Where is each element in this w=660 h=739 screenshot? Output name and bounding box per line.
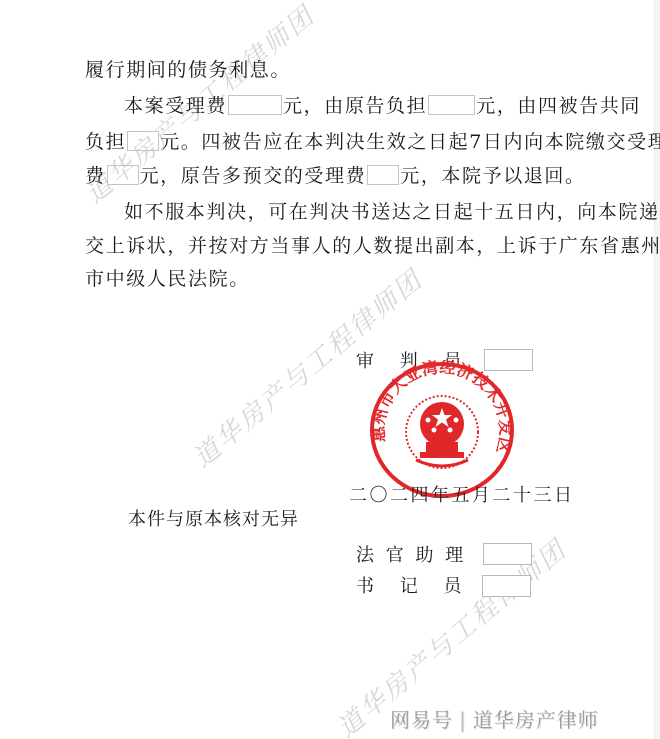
court-seal-icon: 惠州市大亚湾经济技术开发区人民法院	[368, 360, 516, 500]
text: 元。四被告应在本判决生效之日起7日内向本院缴交受理	[160, 131, 660, 153]
text-line-refund: 费元，原告多预交的受理费元，本院予以退回。	[85, 164, 586, 188]
judge-assistant-label: 法 官 助 理	[356, 545, 466, 567]
clerk-label: 书 记 员	[356, 576, 471, 598]
text: 交上诉状，并按对方当事人的人数提出副本，上诉于广东省惠州	[85, 235, 660, 257]
redacted-amount	[367, 165, 399, 185]
text: 负担	[85, 131, 126, 153]
text-line-appeal-2: 交上诉状，并按对方当事人的人数提出副本，上诉于广东省惠州	[85, 234, 660, 258]
text-line-appeal-3: 市中级人民法院。	[85, 267, 250, 291]
verified-note: 本件与原本核对无异	[128, 509, 299, 531]
text-line-appeal-1: 如不服本判决，可在判决书送达之日起十五日内，向本院递	[124, 200, 660, 224]
text-line-fee: 本案受理费元，由原告负担元，由四被告共同	[124, 94, 641, 118]
account-name: 道华房产律师	[473, 708, 599, 732]
text: 市中级人民法院。	[85, 268, 250, 290]
text-line-interest: 履行期间的债务利息。	[85, 58, 291, 82]
redacted-amount	[127, 131, 159, 151]
judgment-date: 二〇二四年五月二十三日	[349, 481, 575, 507]
text: 履行期间的债务利息。	[85, 59, 291, 81]
page-edge	[654, 0, 660, 739]
platform-name: 网易号	[390, 708, 453, 732]
text: 如不服本判决，可在判决书送达之日起十五日内，向本院递	[124, 201, 660, 223]
text: 元，本院予以退回。	[400, 165, 585, 187]
assistant-name-redacted	[483, 543, 532, 565]
text: 费	[85, 165, 106, 187]
text-line-defendant-fee: 负担元。四被告应在本判决生效之日起7日内向本院缴交受理	[85, 130, 660, 154]
redacted-amount	[228, 95, 282, 115]
text: 元，由原告负担	[283, 95, 427, 117]
redacted-amount	[107, 165, 139, 185]
text: 元，由四被告共同	[476, 95, 641, 117]
redacted-amount	[428, 95, 475, 115]
source-footer: 网易号|道华房产律师	[390, 704, 599, 733]
text: 元，原告多预交的受理费	[140, 165, 367, 187]
clerk-name-redacted	[482, 575, 531, 597]
text: 本案受理费	[124, 95, 227, 117]
separator: |	[459, 708, 467, 732]
